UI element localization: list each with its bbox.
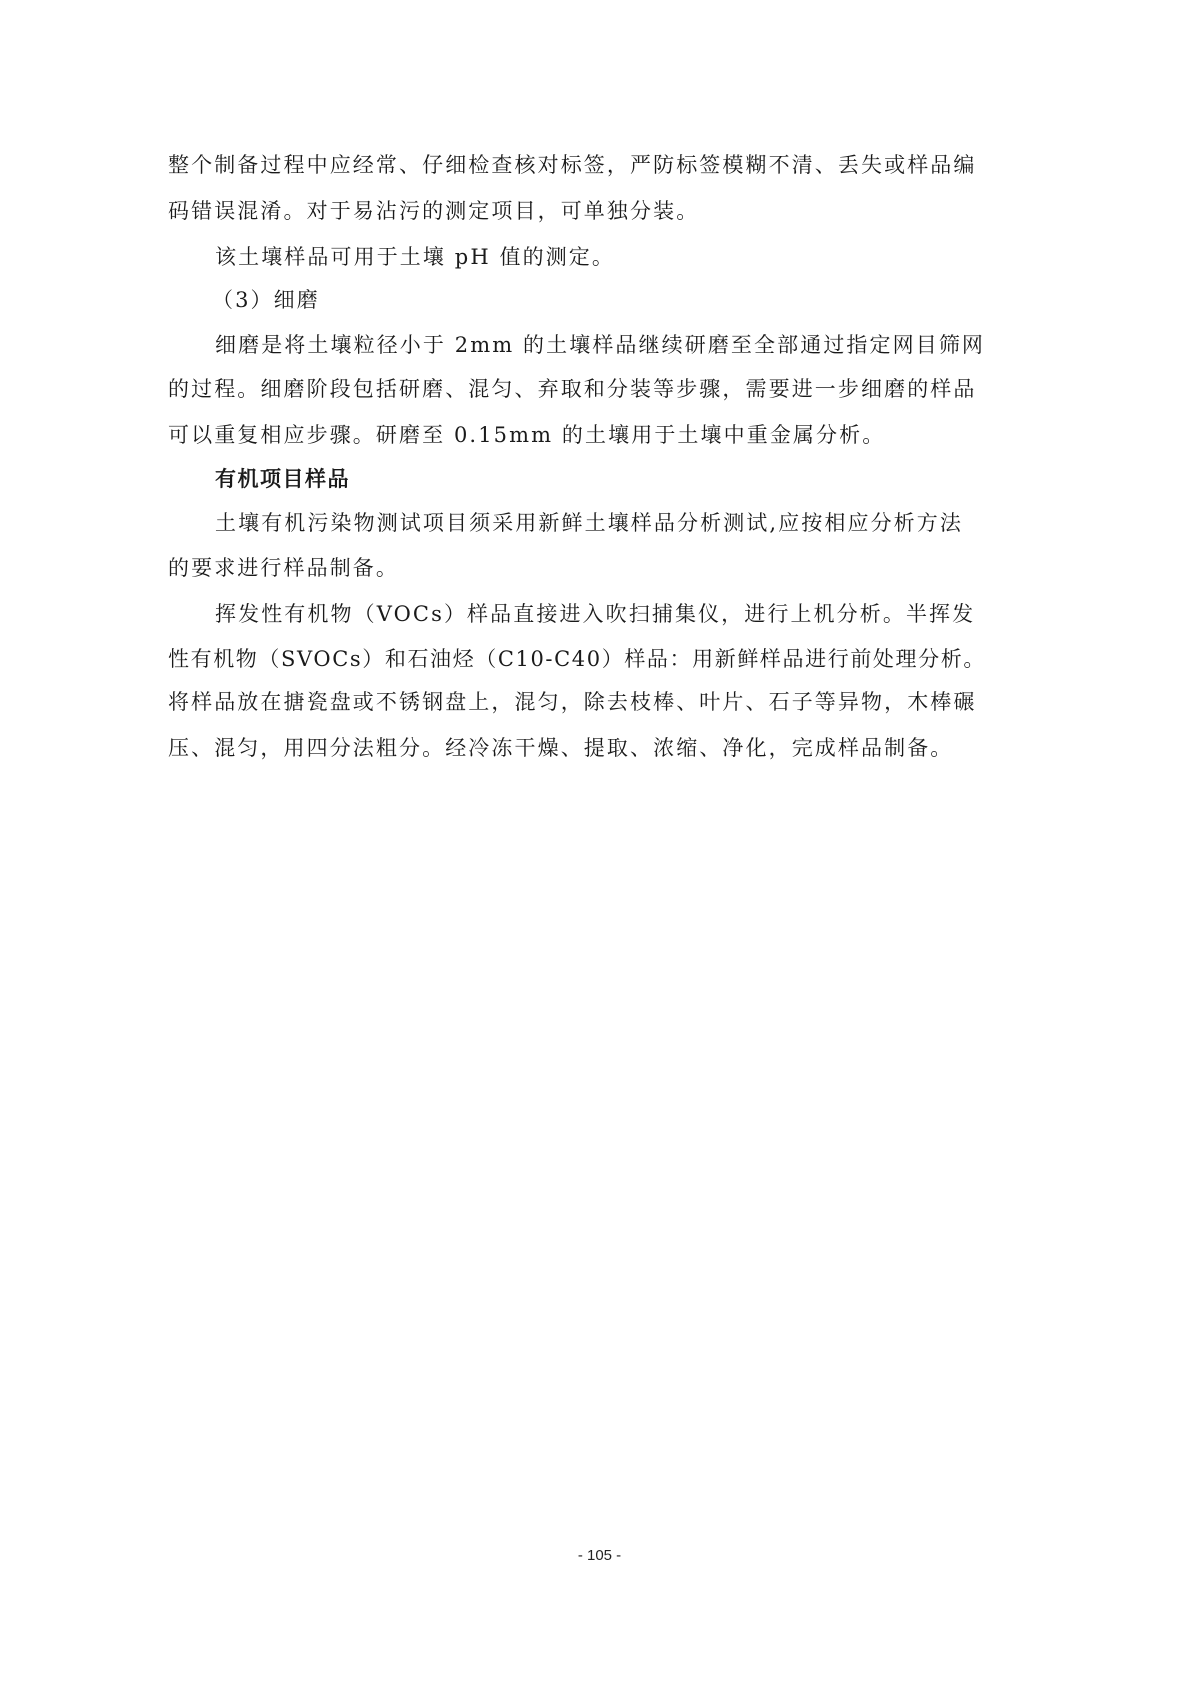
paragraph-line: 土壤有机污染物测试项目须采用新鲜土壤样品分析测试,应按相应分析方法 xyxy=(215,503,963,543)
paragraph-line: 将样品放在搪瓷盘或不锈钢盘上，混匀，除去枝棒、叶片、石子等异物，木棒碾 xyxy=(168,682,977,722)
paragraph-line: 细磨是将土壤粒径小于 2mm 的土壤样品继续研磨至全部通过指定网目筛网 xyxy=(215,325,985,365)
paragraph-line: 性有机物（SVOCs）和石油烃（C10-C40）样品：用新鲜样品进行前处理分析。 xyxy=(168,639,986,679)
paragraph-line: 挥发性有机物（VOCs）样品直接进入吹扫捕集仪，进行上机分析。半挥发 xyxy=(215,594,975,634)
subsection-title: （3）细磨 xyxy=(212,280,320,320)
paragraph-line: 压、混匀，用四分法粗分。经冷冻干燥、提取、浓缩、净化，完成样品制备。 xyxy=(168,728,953,768)
paragraph-line: 的过程。细磨阶段包括研磨、混匀、弃取和分装等步骤，需要进一步细磨的样品 xyxy=(168,369,977,409)
paragraph-line: 整个制备过程中应经常、仔细检查核对标签，严防标签模糊不清、丢失或样品编 xyxy=(168,145,977,185)
paragraph-line: 可以重复相应步骤。研磨至 0.15mm 的土壤用于土壤中重金属分析。 xyxy=(168,415,885,455)
paragraph-line: 的要求进行样品制备。 xyxy=(168,548,399,588)
section-heading: 有机项目样品 xyxy=(215,459,350,499)
page-number: - 105 - xyxy=(0,1547,1199,1564)
paragraph-line: 码错误混淆。对于易沾污的测定项目，可单独分装。 xyxy=(168,191,699,231)
paragraph-line: 该土壤样品可用于土壤 pH 值的测定。 xyxy=(215,237,615,277)
